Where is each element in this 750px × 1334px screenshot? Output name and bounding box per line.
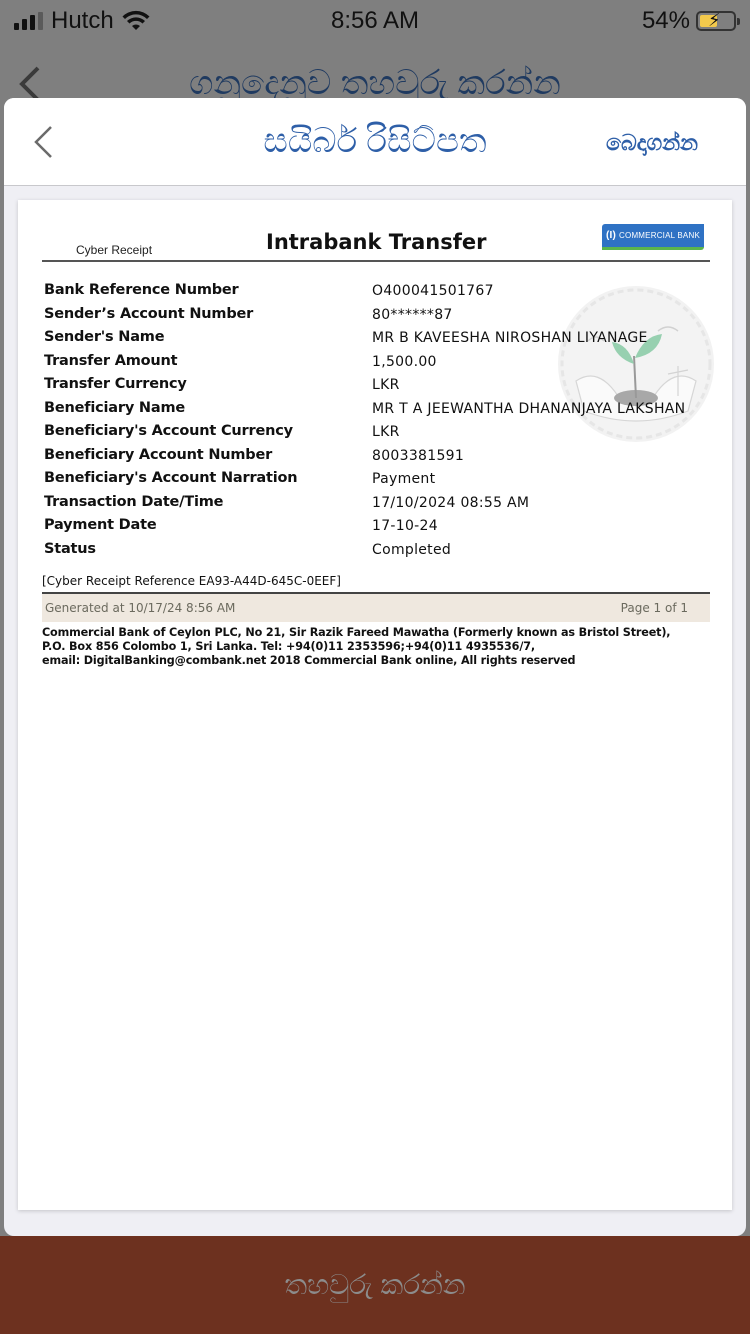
generated-bar: Generated at 10/17/24 8:56 AM Page 1 of … — [42, 592, 710, 622]
row-label: Sender’s Account Number — [44, 306, 253, 322]
row-label: Sender's Name — [44, 329, 164, 345]
footer-line: Commercial Bank of Ceylon PLC, No 21, Si… — [42, 626, 710, 640]
detail-row: Beneficiary's Account CurrencyLKR — [44, 423, 714, 447]
detail-row: Beneficiary Account Number8003381591 — [44, 447, 714, 471]
row-value: O400041501767 — [372, 283, 494, 299]
row-value: 80******87 — [372, 307, 453, 323]
row-label: Bank Reference Number — [44, 282, 239, 298]
detail-row: Sender’s Account Number80******87 — [44, 306, 714, 330]
row-value: Payment — [372, 471, 435, 487]
detail-row: StatusCompleted — [44, 541, 714, 565]
detail-row: Beneficiary NameMR T A JEEWANTHA DHANANJ… — [44, 400, 714, 424]
share-button[interactable]: බෙදාගන්න — [606, 130, 698, 156]
row-label: Beneficiary Account Number — [44, 447, 272, 463]
detail-row: Beneficiary's Account NarrationPayment — [44, 470, 714, 494]
row-label: Transfer Amount — [44, 353, 177, 369]
receipt-document: Cyber Receipt Intrabank Transfer (I) COM… — [18, 200, 732, 1210]
row-value: 8003381591 — [372, 448, 464, 464]
page-info: Page 1 of 1 — [621, 601, 688, 615]
row-label: Beneficiary Name — [44, 400, 185, 416]
row-value: Completed — [372, 542, 451, 558]
status-bar: Hutch 8:56 AM 54% ⚡ — [0, 0, 750, 42]
row-label: Payment Date — [44, 517, 156, 533]
receipt-details: Bank Reference NumberO400041501767 Sende… — [44, 282, 714, 564]
detail-row: Transfer CurrencyLKR — [44, 376, 714, 400]
row-value: 17-10-24 — [372, 518, 438, 534]
battery-icon: ⚡ — [696, 11, 736, 31]
commercial-bank-logo: (I) COMMERCIAL BANK — [602, 224, 704, 250]
receipt-kicker: Cyber Receipt — [76, 243, 152, 257]
detail-row: Sender's NameMR B KAVEESHA NIROSHAN LIYA… — [44, 329, 714, 353]
detail-row: Bank Reference NumberO400041501767 — [44, 282, 714, 306]
row-label: Beneficiary's Account Narration — [44, 470, 297, 486]
row-value: MR B KAVEESHA NIROSHAN LIYANAGE — [372, 330, 648, 346]
row-value: 17/10/2024 08:55 AM — [372, 495, 529, 511]
bank-logo-text: COMMERCIAL BANK — [619, 231, 700, 240]
charging-bolt-icon: ⚡ — [708, 10, 721, 31]
cyber-receipt-reference: [Cyber Receipt Reference EA93-A44D-645C-… — [42, 574, 341, 588]
clock: 8:56 AM — [0, 7, 750, 35]
footer-line: email: DigitalBanking@combank.net 2018 C… — [42, 654, 710, 668]
row-label: Transfer Currency — [44, 376, 187, 392]
row-label: Transaction Date/Time — [44, 494, 223, 510]
battery-percent: 54% — [642, 7, 690, 35]
modal-header: සයිබර් රිසිට්පත බෙදාගන්න — [4, 98, 746, 186]
row-value: 1,500.00 — [372, 354, 437, 370]
receipt-header: Cyber Receipt Intrabank Transfer (I) COM… — [42, 226, 710, 262]
row-value: LKR — [372, 424, 400, 440]
cyber-receipt-modal: සයිබර් රිසිට්පත බෙදාගන්න Cyber Receipt I… — [4, 98, 746, 1236]
row-value: LKR — [372, 377, 400, 393]
footer-line: P.O. Box 856 Colombo 1, Sri Lanka. Tel: … — [42, 640, 710, 654]
confirm-button[interactable]: තහවුරු කරන්න — [0, 1236, 750, 1334]
generated-at: Generated at 10/17/24 8:56 AM — [45, 601, 235, 615]
row-label: Status — [44, 541, 96, 557]
status-right: 54% ⚡ — [642, 7, 736, 35]
bank-address-footer: Commercial Bank of Ceylon PLC, No 21, Si… — [42, 626, 710, 668]
receipt-title: Intrabank Transfer — [266, 230, 487, 254]
bank-logo-icon: (I) — [606, 230, 616, 241]
detail-row: Payment Date17-10-24 — [44, 517, 714, 541]
detail-row: Transaction Date/Time17/10/2024 08:55 AM — [44, 494, 714, 518]
row-value: MR T A JEEWANTHA DHANANJAYA LAKSHAN — [372, 401, 685, 417]
row-label: Beneficiary's Account Currency — [44, 423, 293, 439]
detail-row: Transfer Amount1,500.00 — [44, 353, 714, 377]
